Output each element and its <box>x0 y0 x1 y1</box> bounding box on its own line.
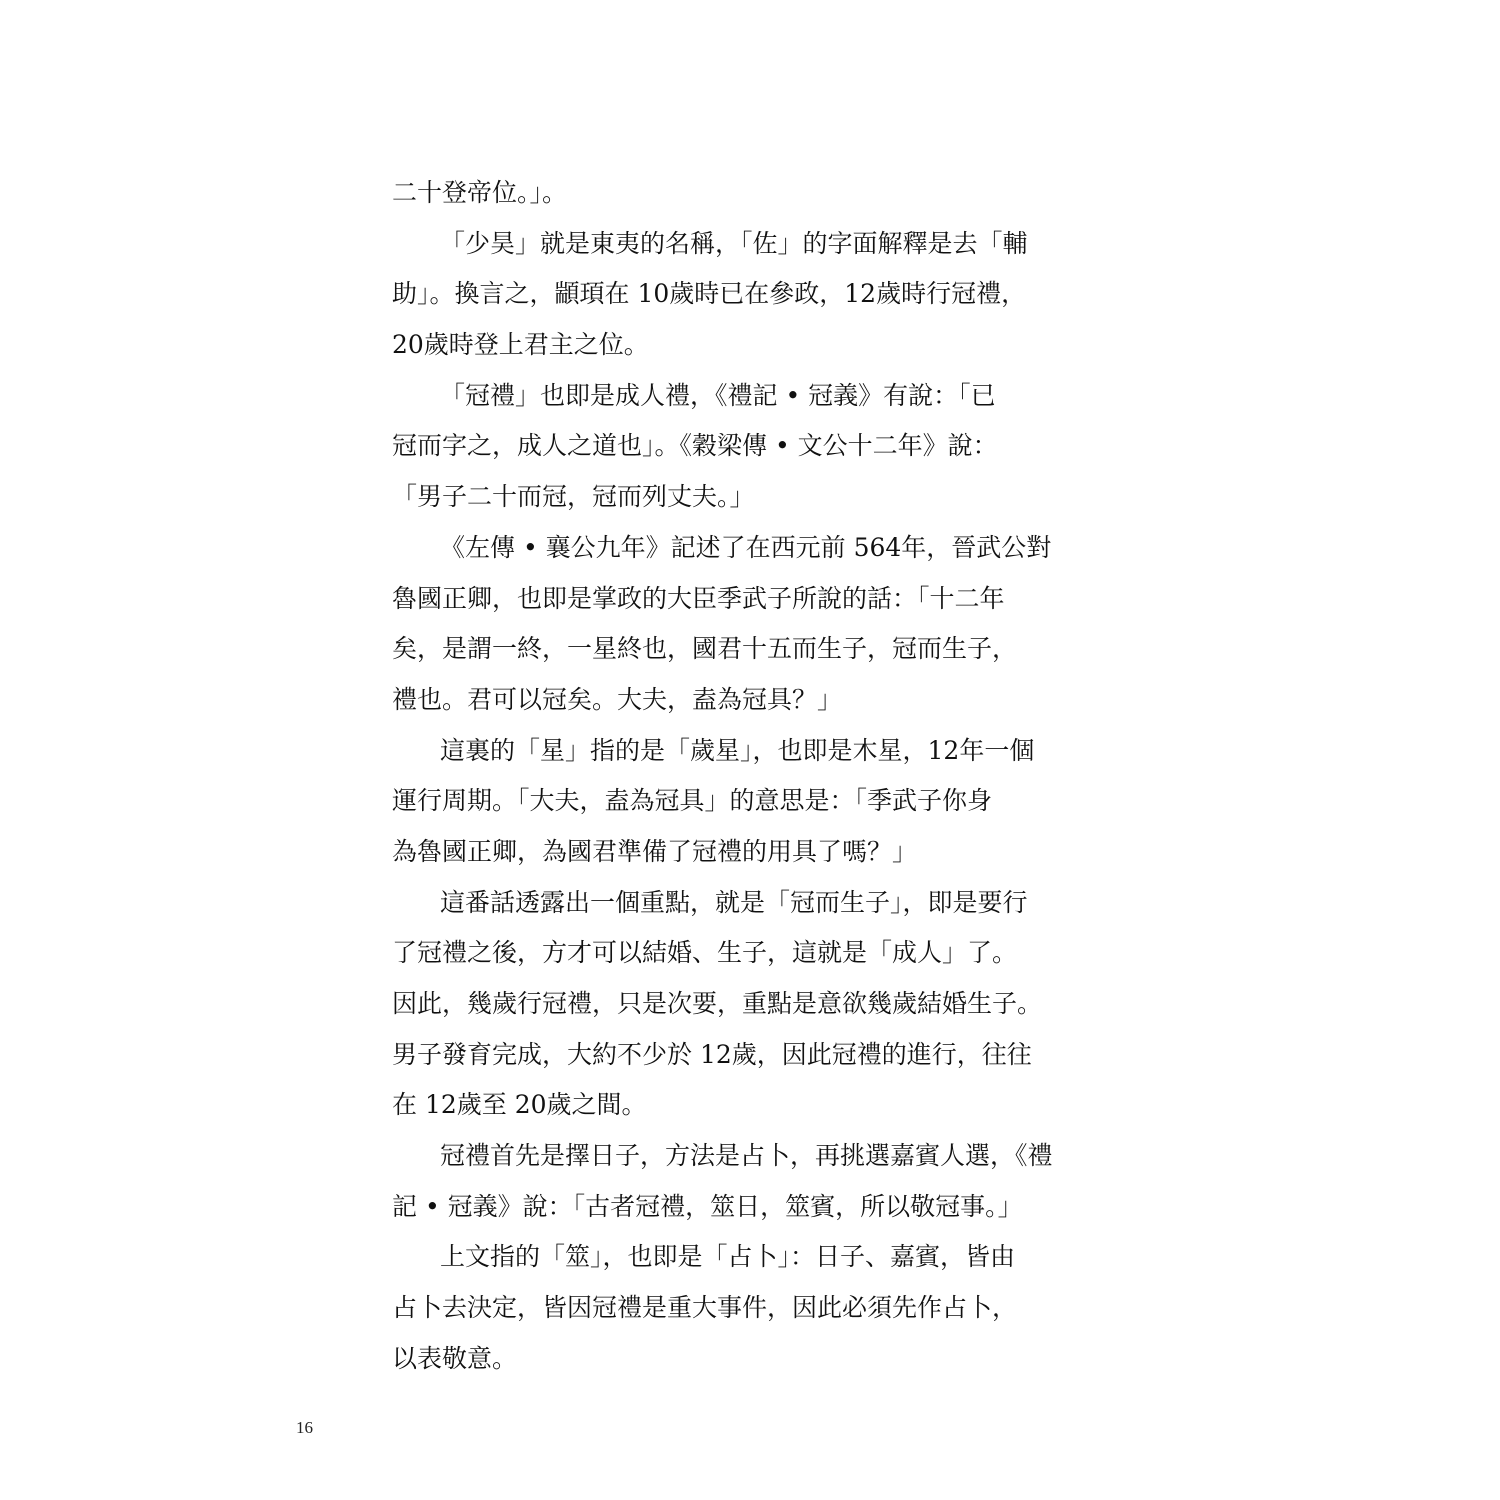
page-number: 16 <box>296 1418 313 1438</box>
text-line: 「男子二十而冠，冠而列丈夫。」 <box>392 472 1108 523</box>
text-line: 因此，幾歲行冠禮，只是次要，重點是意欲幾歲結婚生子。 <box>392 979 1108 1030</box>
body-text: 二十登帝位。」。 「少昊」就是東夷的名稱，「佐」的字面解釋是去「輔 助」。換言之… <box>392 168 1108 1385</box>
text-line: 冠而字之，成人之道也」。《穀梁傳 • 文公十二年》說： <box>392 421 1108 472</box>
text-line: 占卜去決定，皆因冠禮是重大事件，因此必須先作占卜， <box>392 1283 1108 1334</box>
text-line: 這番話透露出一個重點，就是「冠而生子」，即是要行 <box>392 878 1108 929</box>
document-page: 二十登帝位。」。 「少昊」就是東夷的名稱，「佐」的字面解釋是去「輔 助」。換言之… <box>0 0 1500 1500</box>
text-line: 禮也。君可以冠矣。大夫，盍為冠具？」 <box>392 675 1108 726</box>
text-line: 記 • 冠義》說：「古者冠禮，筮日，筮賓，所以敬冠事。」 <box>392 1182 1108 1233</box>
text-line: 在 12歲至 20歲之間。 <box>392 1080 1108 1131</box>
text-line: 上文指的「筮」，也即是「占卜」：日子、嘉賓，皆由 <box>392 1232 1108 1283</box>
text-line: 了冠禮之後，方才可以結婚、生子，這就是「成人」了。 <box>392 928 1108 979</box>
text-line: 運行周期。「大夫，盍為冠具」的意思是：「季武子你身 <box>392 776 1108 827</box>
text-line: 助」。換言之，顓頊在 10歲時已在參政，12歲時行冠禮， <box>392 269 1108 320</box>
text-line: 矣，是謂一終，一星終也，國君十五而生子，冠而生子， <box>392 624 1108 675</box>
text-line: 男子發育完成，大約不少於 12歲，因此冠禮的進行，往往 <box>392 1030 1108 1081</box>
text-line: 《左傳 • 襄公九年》記述了在西元前 564年，晉武公對 <box>392 523 1108 574</box>
text-line: 為魯國正卿，為國君準備了冠禮的用具了嗎？」 <box>392 827 1108 878</box>
text-line: 魯國正卿，也即是掌政的大臣季武子所說的話：「十二年 <box>392 574 1108 625</box>
text-line: 20歲時登上君主之位。 <box>392 320 1108 371</box>
text-line: 以表敬意。 <box>392 1334 1108 1385</box>
text-line: 「少昊」就是東夷的名稱，「佐」的字面解釋是去「輔 <box>392 219 1108 270</box>
text-line: 「冠禮」也即是成人禮，《禮記 • 冠義》有說：「已 <box>392 371 1108 422</box>
text-line: 這裏的「星」指的是「歲星」，也即是木星，12年一個 <box>392 726 1108 777</box>
text-line: 二十登帝位。」。 <box>392 168 1108 219</box>
text-line: 冠禮首先是擇日子，方法是占卜，再挑選嘉賓人選，《禮 <box>392 1131 1108 1182</box>
